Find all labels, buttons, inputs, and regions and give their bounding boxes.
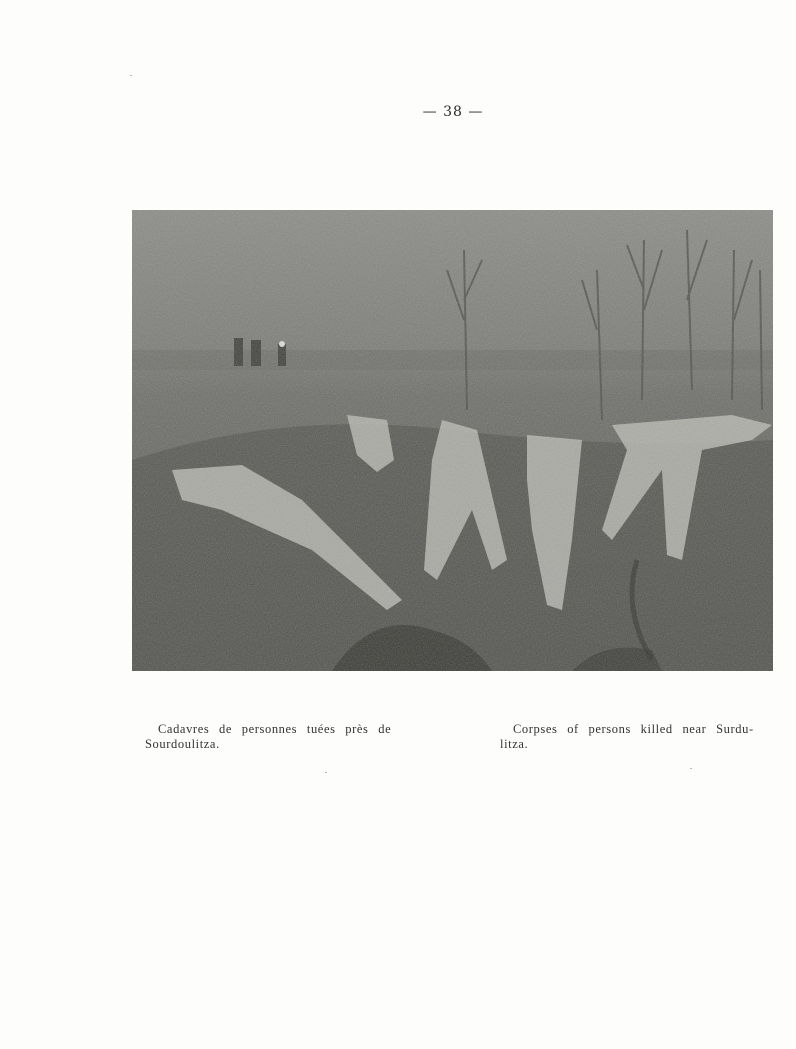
caption-french-line-1: Cadavres de personnes tuées près de: [145, 722, 410, 737]
caption-french-line-2: Sourdoulitza.: [145, 737, 410, 752]
scan-speck: [690, 768, 692, 769]
photograph-image: [132, 210, 773, 671]
caption-english-line-2: litza.: [500, 737, 765, 752]
page-number: — 38 —: [0, 104, 796, 120]
caption-english: Corpses of persons killed near Surdu- li…: [500, 722, 765, 752]
caption-english-line-1: Corpses of persons killed near Surdu-: [500, 722, 765, 737]
scan-speck: [325, 772, 327, 773]
photograph: [132, 210, 773, 671]
scan-speck: [130, 75, 132, 76]
caption-french: Cadavres de personnes tuées près de Sour…: [145, 722, 410, 752]
